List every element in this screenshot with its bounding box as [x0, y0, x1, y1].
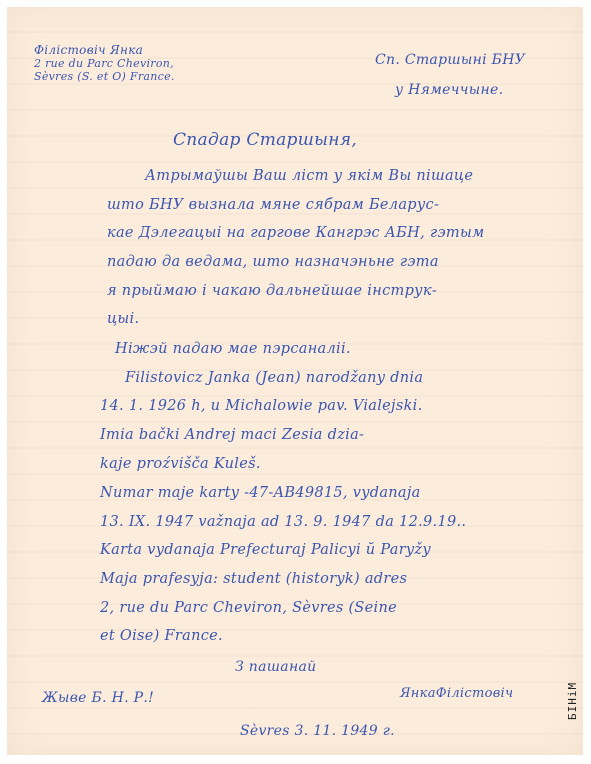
closing: З пашанай — [235, 659, 316, 675]
sender-name: Філістовіч Янка — [34, 44, 175, 57]
signature: ЯнкаФілістовіч — [400, 686, 513, 701]
body-line: 14. 1. 1926 h, u Michalowie pav. Vialejs… — [100, 398, 423, 414]
salutation: Спадар Старшыня, — [173, 130, 357, 150]
body-line: et Oise) France. — [100, 628, 223, 644]
place-date: Sèvres 3. 11. 1949 г. — [240, 723, 395, 739]
body-line: падаю да ведама, што назначэньне гэта — [107, 254, 439, 270]
body-line: Numar maje karty -47-AB49815, vydanaja — [100, 485, 421, 501]
body-line: 2, rue du Parc Cheviron, Sèvres (Seine — [100, 600, 397, 616]
sender-address-line2: Sèvres (S. et O) France. — [34, 70, 175, 83]
body-line: я прыймаю і чакаю дальнейшае інструк- — [107, 283, 437, 299]
body-line: Filistovicz Janka (Jean) narodžany dnia — [125, 370, 423, 386]
letter-paper: Філістовіч Янка 2 rue du Parc Cheviron, … — [7, 7, 583, 755]
body-line: Karta vydanaja Prefecturaj Palicyi ŭ Par… — [100, 542, 431, 558]
slogan: Жыве Б. Н. Р.! — [42, 690, 154, 706]
archive-stamp: БІНіМ — [566, 666, 586, 736]
recipient-line2: у Нямеччыне. — [375, 75, 525, 105]
body-line: што БНУ вызнала мяне сябрам Беларус- — [107, 197, 439, 213]
body-line: цыі. — [107, 311, 139, 327]
body-line: Imia bački Andrej maci Zesia dzia- — [100, 427, 364, 443]
body-line: Атрымаўшы Ваш ліст у якім Вы пішаце — [145, 168, 473, 184]
body-line: 13. IX. 1947 važnaja ad 13. 9. 1947 da 1… — [100, 514, 466, 530]
body-line: Ніжэй падаю мае пэрсаналіі. — [115, 341, 351, 357]
recipient-block: Сп. Старшыні БНУ у Нямеччыне. — [375, 45, 525, 105]
sender-address-line1: 2 rue du Parc Cheviron, — [34, 57, 175, 70]
body-line: кае Дэлегацыі на гаргове Кангрэс АБН, гэ… — [107, 225, 484, 241]
sender-block: Філістовіч Янка 2 rue du Parc Cheviron, … — [34, 44, 175, 83]
recipient-line1: Сп. Старшыні БНУ — [375, 45, 525, 75]
body-line: kaje proźvišča Kuleš. — [100, 456, 261, 472]
body-line: Maja prafesyja: student (historyk) adres — [100, 571, 407, 587]
